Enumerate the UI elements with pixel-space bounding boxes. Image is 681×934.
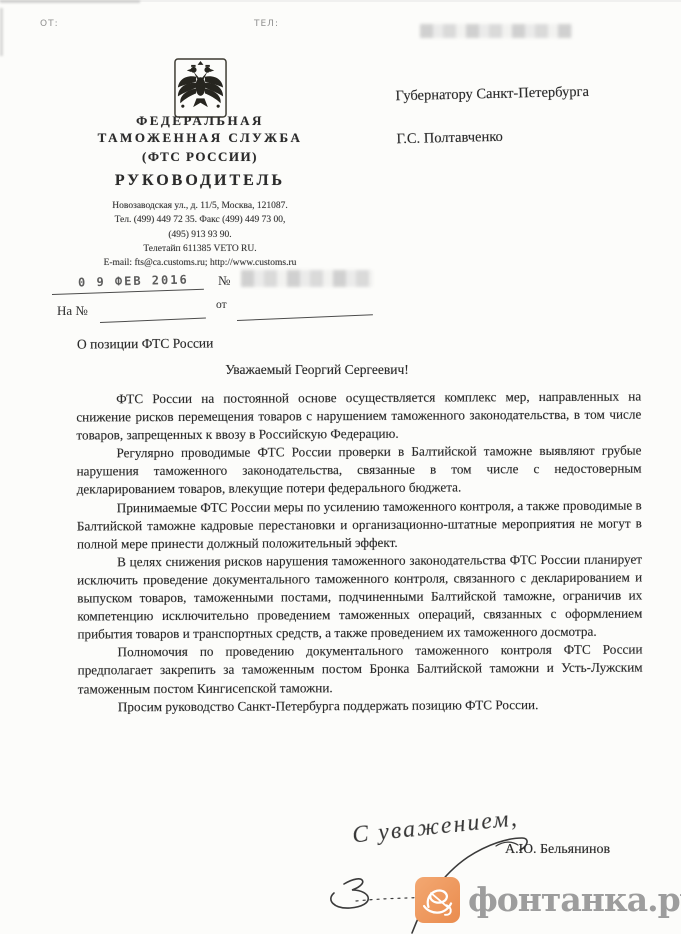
subject-line: О позиции ФТС России: [77, 335, 213, 352]
letterhead: ФЕДЕРАЛЬНАЯ ТАМОЖЕННАЯ СЛУЖБА (ФТС РОССИ…: [30, 112, 370, 270]
coat-of-arms-icon: [173, 56, 228, 120]
swan-icon: [415, 877, 460, 923]
org-phone2: (495) 913 93 90.: [30, 228, 370, 242]
addressee-position: Губернатору Санкт-Петербурга: [395, 84, 589, 105]
scan-artifact: [0, 8, 3, 56]
org-abbreviation: (ФТС РОССИИ): [30, 149, 370, 165]
doc-number-redacted: [241, 270, 373, 287]
body-paragraph: Просим руководство Санкт-Петербурга подд…: [78, 695, 643, 716]
salutation: Уважаемый Георгий Сергеевич!: [77, 362, 557, 378]
fax-tel-label: ТЕЛ:: [254, 19, 279, 29]
signer-name: А.Ю. Бельянинов: [505, 842, 610, 858]
scan-artifact: [0, 0, 681, 2]
body-paragraph: ФТС России на постоянной основе осуществ…: [76, 388, 641, 445]
body-paragraph: Принимаемые ФТС России меры по усилению …: [77, 496, 642, 553]
org-name-line1: ФЕДЕРАЛЬНАЯ: [30, 112, 370, 129]
scanned-letter-page: ОТ: ТЕЛ:: [0, 0, 681, 934]
reply-to-label: На №: [57, 303, 88, 319]
fontanka-watermark: фонтанка.ру ®: [415, 877, 681, 923]
org-teletype: Телетайп 611385 VETO RU.: [30, 242, 370, 256]
body-paragraph: Полномочия по проведению документального…: [77, 641, 642, 698]
addressee-block: Губернатору Санкт-Петербурга Г.С. Полтав…: [395, 84, 590, 148]
position-title: РУКОВОДИТЕЛЬ: [30, 172, 370, 190]
watermark-site-name: фонтанка.ру: [468, 877, 681, 923]
handwritten-closing: С уважением,: [351, 805, 520, 849]
fax-number-redacted: [420, 24, 572, 38]
date-stamp: 0 9 ФЕВ 2016: [78, 272, 189, 289]
addressee-name: Г.С. Полтавченко: [396, 127, 590, 148]
reply-date-label: от: [216, 299, 227, 311]
date-underline: [52, 289, 204, 295]
org-name-line2: ТАМОЖЕННАЯ СЛУЖБА: [30, 129, 370, 146]
org-phone: Тел. (499) 449 72 35. Факс (499) 449 73 …: [30, 213, 370, 227]
org-email-web: E-mail: fts@ca.customs.ru; http://www.cu…: [30, 256, 370, 270]
fax-from-label: ОТ:: [40, 19, 59, 29]
reply-date-underline: [237, 314, 373, 321]
doc-number-label: №: [218, 273, 230, 289]
org-address: Новозаводская ул., д. 11/5, Москва, 1210…: [30, 199, 370, 213]
reply-number-underline: [100, 318, 206, 323]
body-paragraph: В целях снижения рисков нарушения таможе…: [77, 550, 642, 643]
letter-body: ФТС России на постоянной основе осуществ…: [76, 388, 643, 717]
body-paragraph: Регулярно проводимые ФТС России проверки…: [76, 442, 641, 499]
